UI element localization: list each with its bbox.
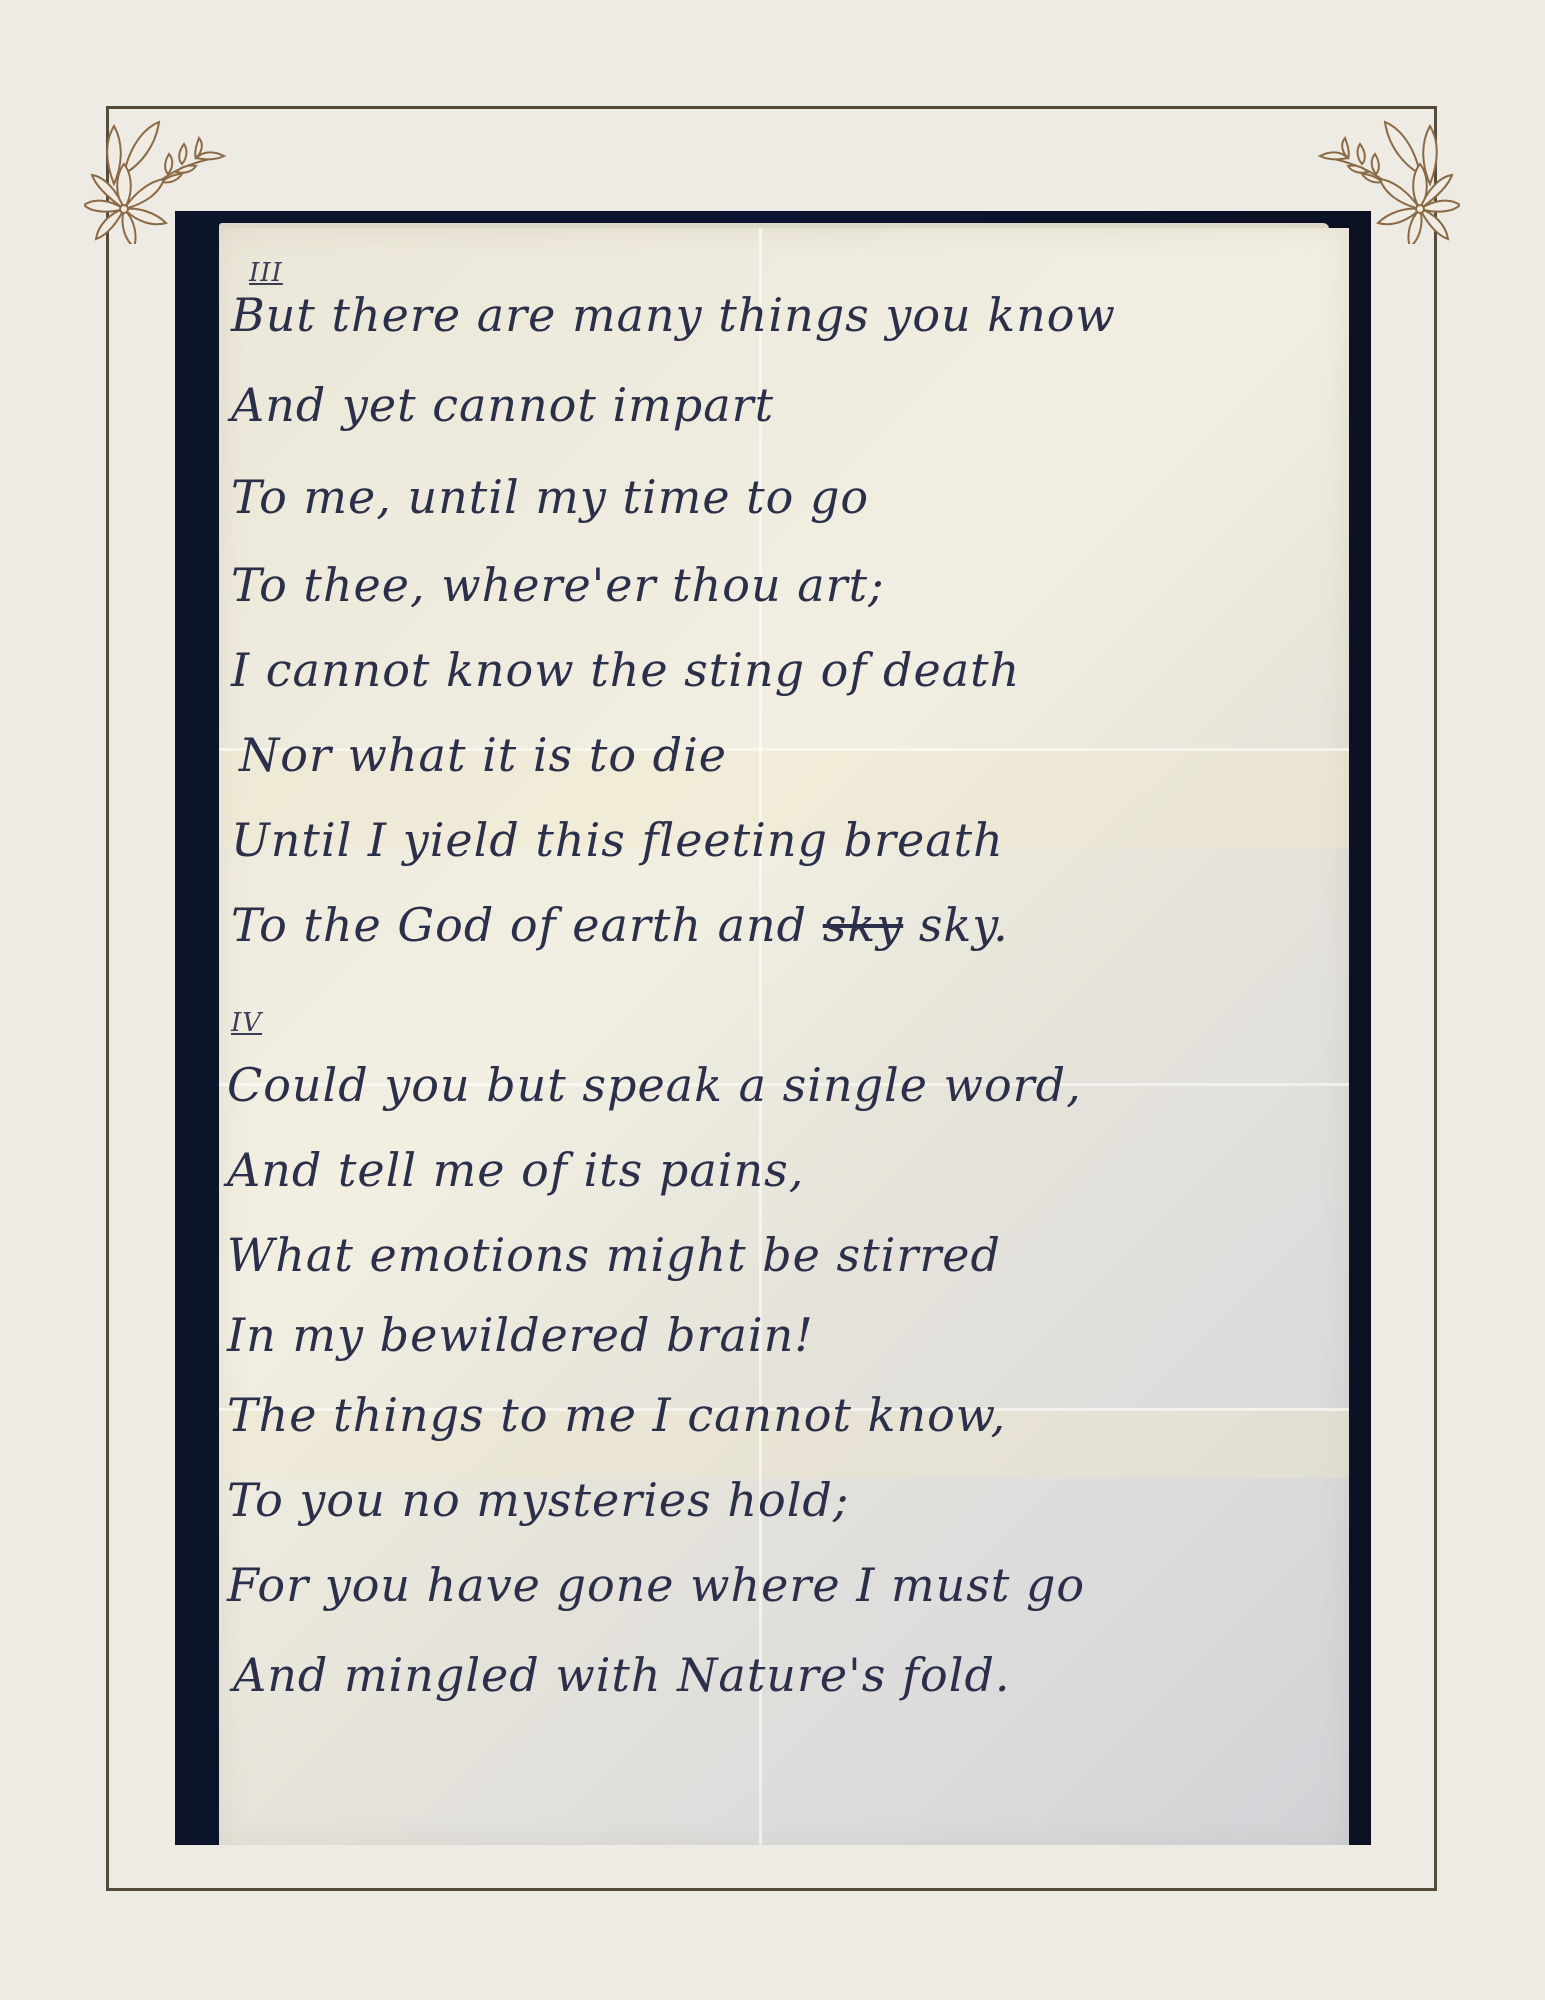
poem-line: And mingled with Nature's fold. [233,1648,1011,1702]
poem-line: To me, until my time to go [231,470,869,524]
poem-line: And yet cannot impart [231,378,774,432]
handwritten-page: III But there are many things you know A… [219,228,1349,1845]
poem-line: The things to me I cannot know, [227,1388,1006,1442]
poem-line: To you no mysteries hold; [227,1473,849,1527]
poem-line: And tell me of its pains, [227,1143,804,1197]
poem-line: For you have gone where I must go [227,1558,1085,1612]
poem-line: In my bewildered brain! [227,1308,814,1362]
poem-line: I cannot know the sting of death [231,643,1020,697]
poem-line: What emotions might be stirred [227,1228,1001,1282]
struck-word: sky [823,898,903,952]
poem-line: Could you but speak a single word, [227,1058,1082,1112]
stanza-number: III [249,258,283,288]
poem-line: Nor what it is to die [239,728,727,782]
poem-line: To thee, where'er thou art; [231,558,885,612]
stanza-number: IV [231,1008,262,1038]
letter-photo: III But there are many things you know A… [175,211,1371,1845]
poem-line: To the God of earth and sky sky. [231,898,1009,952]
poem-line: Until I yield this fleeting breath [231,813,1004,867]
poem-line: But there are many things you know [231,288,1116,342]
